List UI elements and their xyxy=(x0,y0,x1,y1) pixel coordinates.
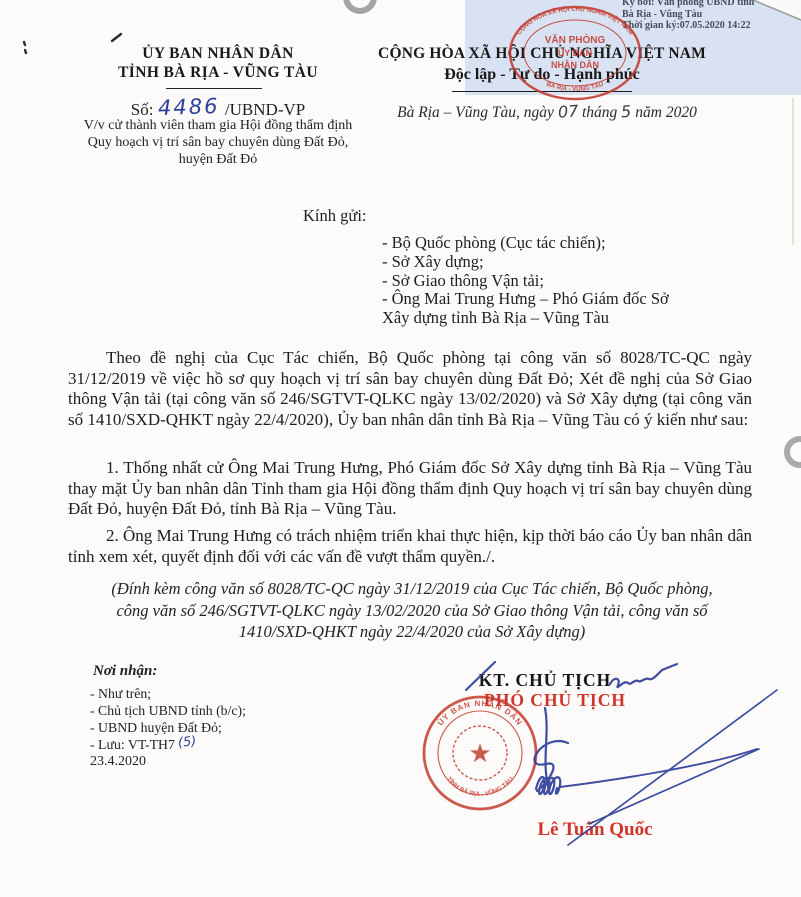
office-seal-center-1: VĂN PHÒNG xyxy=(545,33,606,46)
official-seal-ring-top: ỦY BAN NHÂN DÂN xyxy=(436,699,524,727)
office-seal-center-2: ỦY BAN xyxy=(558,47,592,58)
footer-line: - UBND huyện Đất Đỏ; xyxy=(90,719,340,736)
digital-signature-caption: Ký bởi: Văn phòng UBND tỉnh Bà Rịa - Vũn… xyxy=(622,0,800,32)
office-seal-center-3: NHÂN DÂN xyxy=(551,59,599,70)
punch-hole-icon xyxy=(346,0,374,11)
esign-org-line: Bà Rịa - Vũng Tàu xyxy=(622,9,800,21)
svg-text:BÀ RỊA - VŨNG TÀU: BÀ RỊA - VŨNG TÀU xyxy=(545,81,605,93)
archive-count-handwritten: (5) xyxy=(178,733,198,752)
footer-date-note: 23.4.2020 xyxy=(90,754,146,770)
document-subject: V/v cử thành viên tham gia Hội đồng thẩm… xyxy=(78,117,358,168)
footer-line: - Lưu: VT-TH7 (5) xyxy=(90,736,340,754)
svg-text:TỈNH BÀ RỊA - VŨNG TÀU: TỈNH BÀ RỊA - VŨNG TÀU xyxy=(445,775,515,798)
left-header-underline xyxy=(166,88,262,89)
body-paragraph-2: 1. Thống nhất cử Ông Mai Trung Hưng, Phó… xyxy=(68,458,752,520)
place-date-prefix: Bà Rịa – Vũng Tàu, ngày xyxy=(397,104,554,121)
recipient-line: - Sở Giao thông Vận tải; xyxy=(382,272,712,291)
body-paragraph-1: Theo đề nghị của Cục Tác chiến, Bộ Quốc … xyxy=(68,348,752,430)
month-handwritten: 5 xyxy=(621,102,632,122)
issuing-authority-name: TỈNH BÀ RỊA - VŨNG TÀU xyxy=(68,64,368,82)
salutation-label: Kính gửi: xyxy=(303,206,367,226)
recipient-line: - Ông Mai Trung Hưng – Phó Giám đốc Sở xyxy=(382,290,712,309)
esign-time-line: Thời gian ký:07.05.2020 14:22 xyxy=(622,20,800,32)
recipient-line: - Bộ Quốc phòng (Cục tác chiến); xyxy=(382,234,712,253)
scanned-official-letter: Ký bởi: Văn phòng UBND tỉnh Bà Rịa - Vũn… xyxy=(0,0,801,897)
svg-text:CỘNG HÒA XÃ HỘI CHỦ NGHĨA VIỆT: CỘNG HÒA XÃ HỘI CHỦ NGHĨA VIỆT NAM xyxy=(516,5,635,36)
footer-recipient-list: - Như trên; - Chủ tịch UBND tỉnh (b/c); … xyxy=(90,685,340,754)
place-date-line: Bà Rịa – Vũng Tàu, ngày 07 tháng 5 năm 2… xyxy=(352,102,742,122)
recipient-list: - Bộ Quốc phòng (Cục tác chiến); - Sở Xâ… xyxy=(382,234,712,328)
year-word: năm 2020 xyxy=(635,104,697,121)
office-seal-ring-top: CỘNG HÒA XÃ HỘI CHỦ NGHĨA VIỆT NAM xyxy=(516,5,635,36)
signer-name: Lê Tuấn Quốc xyxy=(495,819,695,841)
recipient-line: Xây dựng tỉnh Bà Rịa – Vũng Tàu xyxy=(382,309,712,328)
day-handwritten: 07 xyxy=(557,101,579,121)
official-seal-star-icon: ★ xyxy=(468,739,491,768)
official-seal-stamp: ỦY BAN NHÂN DÂN TỈNH BÀ RỊA - VŨNG TÀU ★ xyxy=(415,688,545,818)
footer-recipients-label: Nơi nhận: xyxy=(93,663,157,680)
office-seal-stamp: CỘNG HÒA XÃ HỘI CHỦ NGHĨA VIỆT NAM BÀ RỊ… xyxy=(503,3,647,103)
office-seal-ring-bottom: BÀ RỊA - VŨNG TÀU xyxy=(545,81,605,93)
recipient-line: - Sở Xây dựng; xyxy=(382,253,712,272)
body-paragraph-3: 2. Ông Mai Trung Hưng có trách nhiệm tri… xyxy=(68,526,752,567)
issuing-authority-parent: ỦY BAN NHÂN DÂN xyxy=(68,45,368,63)
month-word: tháng xyxy=(582,104,617,121)
footer-line: - Chủ tịch UBND tỉnh (b/c); xyxy=(90,702,340,719)
footer-line: - Như trên; xyxy=(90,685,340,702)
attachment-note: (Đính kèm công văn số 8028/TC-QC ngày 31… xyxy=(96,578,728,643)
punch-hole-icon xyxy=(787,439,801,465)
esign-signer-line: Ký bởi: Văn phòng UBND tỉnh xyxy=(622,0,800,9)
official-seal-ring-bottom: TỈNH BÀ RỊA - VŨNG TÀU xyxy=(445,775,515,798)
svg-text:ỦY BAN NHÂN DÂN: ỦY BAN NHÂN DÂN xyxy=(436,699,524,727)
